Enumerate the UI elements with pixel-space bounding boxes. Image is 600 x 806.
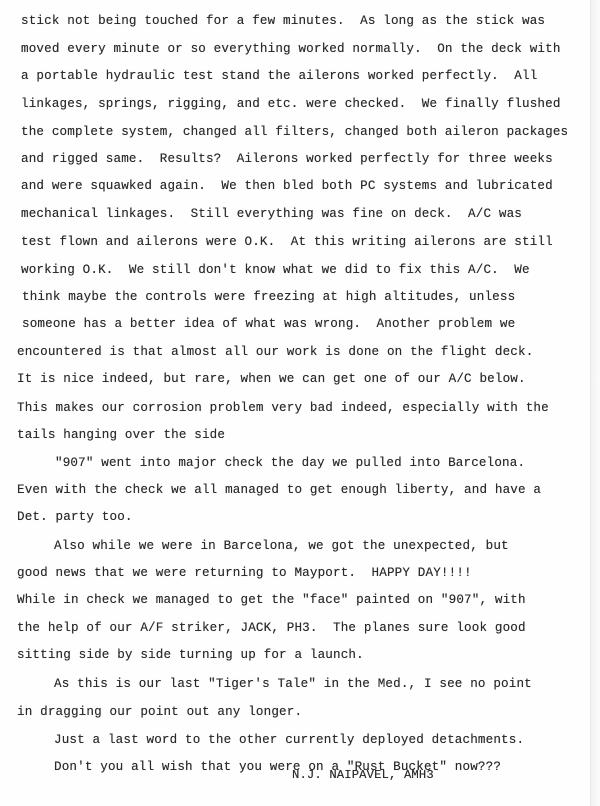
text-line: mechanical linkages. Still everything wa… xyxy=(21,207,522,221)
text-line: think maybe the controls were freezing a… xyxy=(22,290,515,304)
text-line: linkages, springs, rigging, and etc. wer… xyxy=(21,97,561,111)
text-line: a portable hydraulic test stand the aile… xyxy=(21,69,537,83)
text-line: This makes our corrosion problem very ba… xyxy=(17,401,549,415)
text-line: in dragging our point out any longer. xyxy=(17,705,302,719)
text-line: Also while we were in Barcelona, we got … xyxy=(54,539,509,553)
text-line: stick not being touched for a few minute… xyxy=(21,14,545,28)
text-line: As this is our last "Tiger's Tale" in th… xyxy=(54,677,532,691)
text-line: and rigged same. Results? Ailerons worke… xyxy=(21,152,553,166)
text-line: someone has a better idea of what was wr… xyxy=(22,317,515,331)
text-line: Det. party too. xyxy=(17,510,133,524)
text-line: moved every minute or so everything work… xyxy=(21,42,561,56)
text-line: tails hanging over the side xyxy=(17,428,225,442)
text-line: and were squawked again. We then bled bo… xyxy=(21,179,553,193)
text-line: test flown and ailerons were O.K. At thi… xyxy=(21,235,553,249)
signature: N.J. NAIPAVEL, AMH3 xyxy=(292,768,434,782)
document-page: stick not being touched for a few minute… xyxy=(0,0,590,806)
text-line: the help of our A/F striker, JACK, PH3. … xyxy=(17,621,526,635)
text-line: sitting side by side turning up for a la… xyxy=(17,648,364,662)
text-line: While in check we managed to get the "fa… xyxy=(17,593,526,607)
text-line: Just a last word to the other currently … xyxy=(54,733,524,747)
text-line: working O.K. We still don't know what we… xyxy=(21,263,530,277)
scan-edge-shadow xyxy=(590,0,600,806)
text-line: "907" went into major check the day we p… xyxy=(55,456,525,470)
text-line: good news that we were returning to Mayp… xyxy=(17,566,472,580)
text-line: It is nice indeed, but rare, when we can… xyxy=(17,372,526,386)
text-line: encountered is that almost all our work … xyxy=(17,345,533,359)
text-line: the complete system, changed all filters… xyxy=(21,125,568,139)
text-line: Even with the check we all managed to ge… xyxy=(17,483,541,497)
